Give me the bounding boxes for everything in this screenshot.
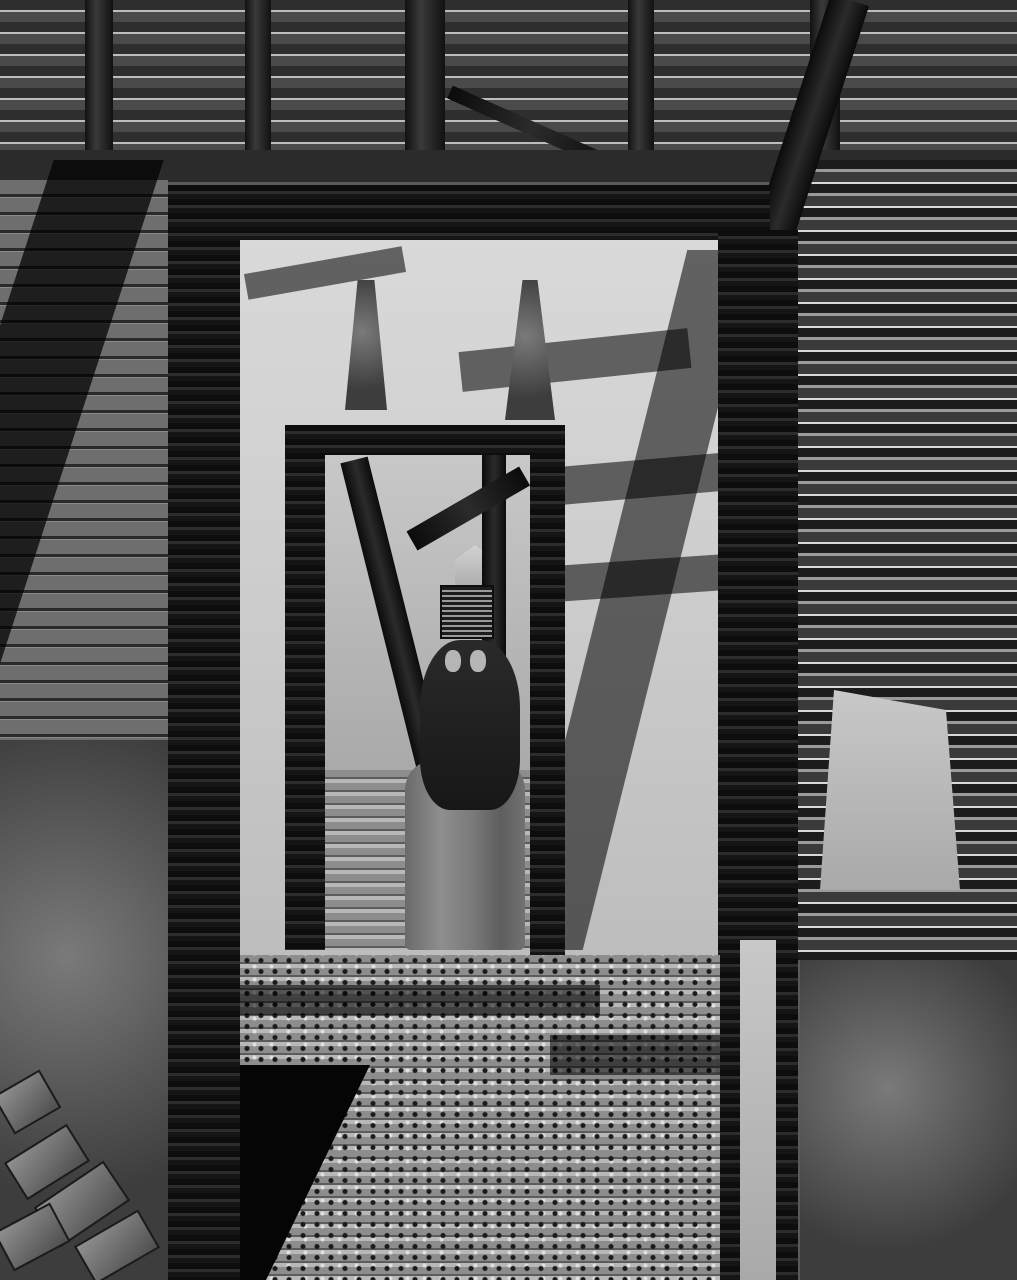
floor-shadow-band bbox=[550, 1035, 720, 1075]
floor-shadow-band bbox=[240, 985, 600, 1015]
roof-stud bbox=[85, 0, 113, 160]
inner-doorframe-top bbox=[285, 425, 560, 455]
left-hand bbox=[445, 650, 461, 672]
outer-doorframe-left bbox=[168, 185, 240, 1280]
right-lower-wall bbox=[800, 960, 1017, 1280]
doorframe-right-light-face bbox=[740, 940, 776, 1280]
burned-house-photograph bbox=[0, 0, 1017, 1280]
inner-doorframe-right bbox=[530, 425, 565, 955]
right-hand bbox=[470, 650, 486, 672]
right-exposed-plaster bbox=[820, 690, 960, 890]
outer-doorframe-top bbox=[170, 185, 770, 240]
roof-stud bbox=[628, 0, 654, 160]
burnt-grille-over-face bbox=[440, 585, 494, 639]
roof-stud bbox=[405, 0, 445, 160]
upper-burnt-siding bbox=[0, 0, 1017, 165]
roof-stud bbox=[245, 0, 271, 160]
inner-doorframe-left bbox=[285, 425, 325, 950]
